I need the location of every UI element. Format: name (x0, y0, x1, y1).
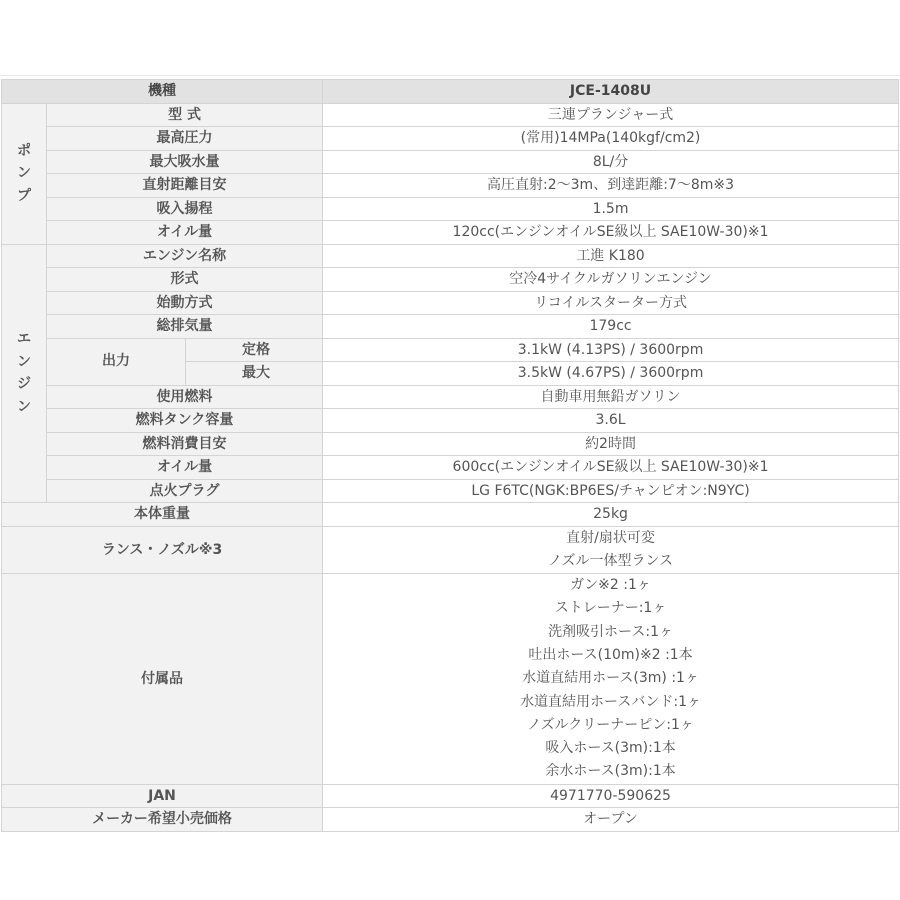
row-value: 空冷4サイクルガソリンエンジン (323, 268, 899, 292)
list-item: ノズルクリーナーピン:1ヶ (323, 714, 898, 737)
row-label: オイル量 (47, 456, 323, 480)
table-row: 出力 定格 3.1kW (4.13PS) / 3600rpm (2, 338, 899, 362)
table-row: 付属品 ガン※2 :1ヶ ストレーナー:1ヶ 洗剤吸引ホース:1ヶ 吐出ホース(… (2, 574, 899, 785)
output-label: 出力 (47, 338, 186, 385)
list-item: 水道直結用ホースバンド:1ヶ (323, 691, 898, 714)
table-row: メーカー希望小売価格 オープン (2, 808, 899, 832)
table-row: 総排気量 179cc (2, 315, 899, 339)
weight-value: 25kg (323, 503, 899, 527)
row-value: 三連プランジャー式 (323, 103, 899, 127)
row-value: 120cc(エンジンオイルSE級以上 SAE10W-30)※1 (323, 221, 899, 245)
list-item: ガン※2 :1ヶ (323, 574, 898, 597)
list-item: 余水ホース(3m):1本 (323, 760, 898, 783)
table-row: 吸入揚程 1.5m (2, 197, 899, 221)
model-name: JCE-1408U (323, 80, 899, 104)
row-label: オイル量 (47, 221, 323, 245)
table-row: ポンプ 型 式 三連プランジャー式 (2, 103, 899, 127)
row-label: 形式 (47, 268, 323, 292)
row-value: 8L/分 (323, 150, 899, 174)
table-row: オイル量 600cc(エンジンオイルSE級以上 SAE10W-30)※1 (2, 456, 899, 480)
table-row: 燃料消費目安 約2時間 (2, 432, 899, 456)
lance-label: ランス・ノズル※3 (2, 526, 323, 574)
accessories-label: 付属品 (2, 574, 323, 785)
spec-table: 機種 JCE-1408U ポンプ 型 式 三連プランジャー式 最高圧力 (常用)… (1, 79, 899, 832)
row-value: 約2時間 (323, 432, 899, 456)
row-label: 点火プラグ (47, 479, 323, 503)
table-row: 燃料タンク容量 3.6L (2, 409, 899, 433)
output-max-label: 最大 (186, 362, 323, 386)
list-item: 洗剤吸引ホース:1ヶ (323, 621, 898, 644)
row-value: 工進 K180 (323, 244, 899, 268)
header-row: 機種 JCE-1408U (2, 80, 899, 104)
price-label: メーカー希望小売価格 (2, 808, 323, 832)
row-value: 179cc (323, 315, 899, 339)
row-value: 高圧直射:2〜3m、到達距離:7〜8m※3 (323, 174, 899, 198)
weight-label: 本体重量 (2, 503, 323, 527)
row-value: 600cc(エンジンオイルSE級以上 SAE10W-30)※1 (323, 456, 899, 480)
list-item: ストレーナー:1ヶ (323, 597, 898, 620)
row-label: 燃料タンク容量 (47, 409, 323, 433)
price-value: オープン (323, 808, 899, 832)
list-item: 水道直結用ホース(3m) :1ヶ (323, 667, 898, 690)
row-label: 総排気量 (47, 315, 323, 339)
model-header-label: 機種 (2, 80, 323, 104)
table-row: 点火プラグ LG F6TC(NGK:BP6ES/チャンピオン:N9YC) (2, 479, 899, 503)
table-row: 本体重量 25kg (2, 503, 899, 527)
table-row: オイル量 120cc(エンジンオイルSE級以上 SAE10W-30)※1 (2, 221, 899, 245)
top-divider (0, 75, 900, 76)
table-row: 最高圧力 (常用)14MPa(140kgf/cm2) (2, 127, 899, 151)
row-value: リコイルスターター方式 (323, 291, 899, 315)
output-rated-label: 定格 (186, 338, 323, 362)
row-value: 自動車用無鉛ガソリン (323, 385, 899, 409)
row-value: 1.5m (323, 197, 899, 221)
row-value: 3.6L (323, 409, 899, 433)
row-label: 吸入揚程 (47, 197, 323, 221)
group-engine: エンジン (2, 244, 47, 503)
table-row: JAN 4971770-590625 (2, 784, 899, 808)
table-row: 直射距離目安 高圧直射:2〜3m、到達距離:7〜8m※3 (2, 174, 899, 198)
lance-values: 直射/扇状可変 ノズル一体型ランス (323, 526, 899, 574)
table-row: 始動方式 リコイルスターター方式 (2, 291, 899, 315)
table-row: エンジン エンジン名称 工進 K180 (2, 244, 899, 268)
row-value: LG F6TC(NGK:BP6ES/チャンピオン:N9YC) (323, 479, 899, 503)
table-row: ランス・ノズル※3 直射/扇状可変 ノズル一体型ランス (2, 526, 899, 574)
table-row: 形式 空冷4サイクルガソリンエンジン (2, 268, 899, 292)
row-value: (常用)14MPa(140kgf/cm2) (323, 127, 899, 151)
group-pump: ポンプ (2, 103, 47, 244)
row-label: 型 式 (47, 103, 323, 127)
output-max-value: 3.5kW (4.67PS) / 3600rpm (323, 362, 899, 386)
accessories-list: ガン※2 :1ヶ ストレーナー:1ヶ 洗剤吸引ホース:1ヶ 吐出ホース(10m)… (323, 574, 899, 785)
jan-value: 4971770-590625 (323, 784, 899, 808)
table-row: 最大吸水量 8L/分 (2, 150, 899, 174)
table-row: 使用燃料 自動車用無鉛ガソリン (2, 385, 899, 409)
row-label: 使用燃料 (47, 385, 323, 409)
row-label: 始動方式 (47, 291, 323, 315)
row-label: 燃料消費目安 (47, 432, 323, 456)
row-label: 最高圧力 (47, 127, 323, 151)
output-rated-value: 3.1kW (4.13PS) / 3600rpm (323, 338, 899, 362)
row-label: エンジン名称 (47, 244, 323, 268)
list-item: 吸入ホース(3m):1本 (323, 737, 898, 760)
row-label: 直射距離目安 (47, 174, 323, 198)
jan-label: JAN (2, 784, 323, 808)
row-label: 最大吸水量 (47, 150, 323, 174)
list-item: 吐出ホース(10m)※2 :1本 (323, 644, 898, 667)
